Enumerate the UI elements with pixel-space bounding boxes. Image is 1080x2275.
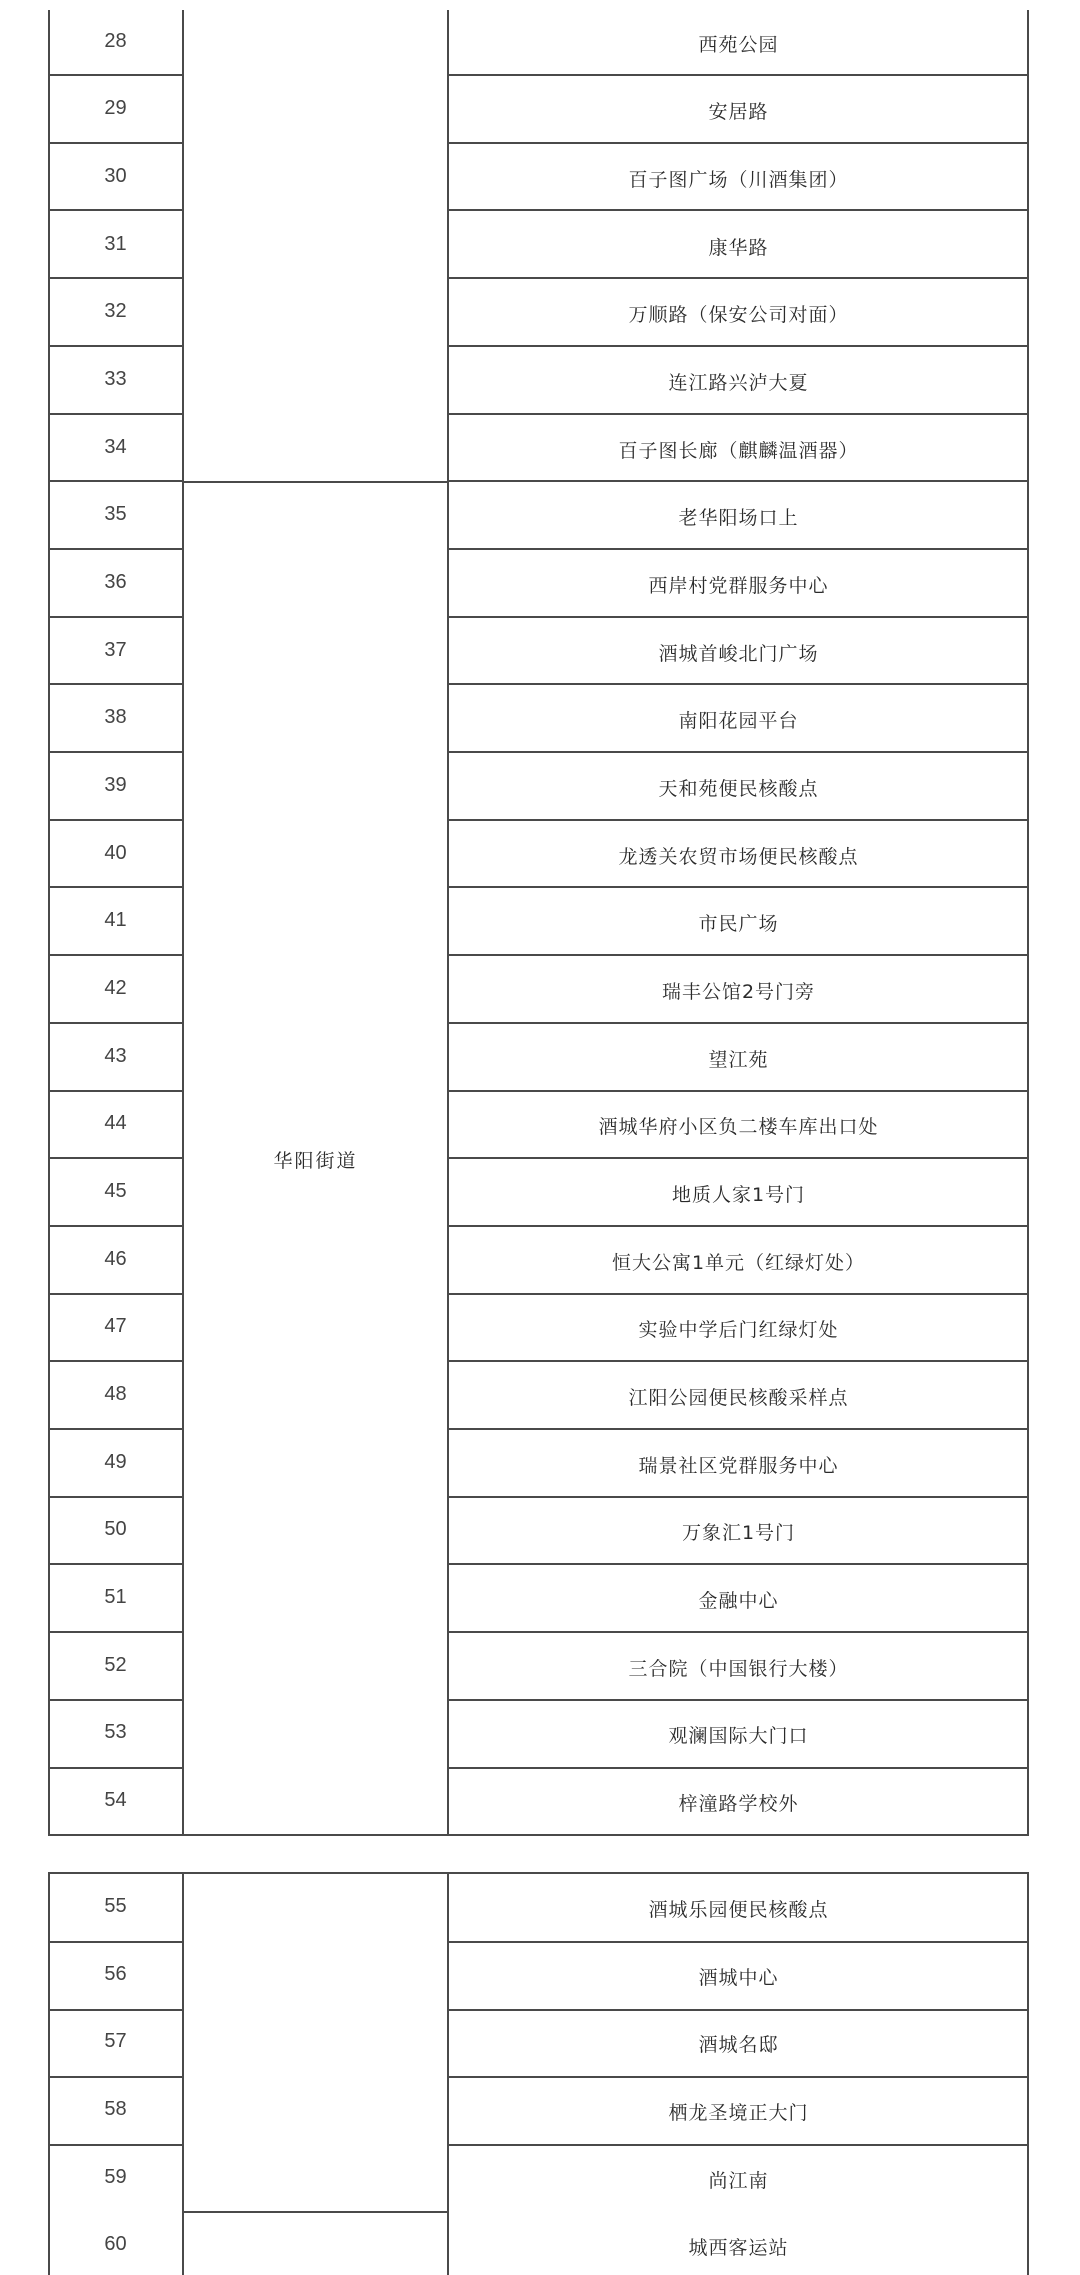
- row-divider: [48, 683, 183, 685]
- row-location: 酒城华府小区负二楼车库出口处: [449, 1112, 1028, 1139]
- row-location: 万顺路（保安公司对面）: [449, 300, 1028, 327]
- row-location: 南阳花园平台: [449, 706, 1028, 733]
- row-number: 54: [48, 1789, 183, 1812]
- row-divider: [48, 1157, 183, 1159]
- row-divider: [48, 1767, 183, 1769]
- column-divider-no: [182, 1872, 184, 2275]
- row-location: 龙透关农贸市场便民核酸点: [449, 842, 1028, 869]
- row-location: 尚江南: [449, 2166, 1028, 2193]
- row-divider: [448, 548, 1029, 550]
- row-divider: [448, 1157, 1029, 1159]
- row-location: 天和苑便民核酸点: [449, 774, 1028, 801]
- row-location: 恒大公寓1单元（红绿灯处）: [449, 1248, 1028, 1275]
- row-location: 连江路兴泸大夏: [449, 368, 1028, 395]
- row-number: 46: [48, 1248, 183, 1271]
- row-location: 梓潼路学校外: [449, 1789, 1028, 1816]
- row-divider: [48, 1563, 183, 1565]
- row-number: 32: [48, 300, 183, 323]
- row-divider: [448, 616, 1029, 618]
- row-location: 观澜国际大门口: [449, 1721, 1028, 1748]
- row-divider: [48, 954, 183, 956]
- district-cell: 华阳街道: [183, 1146, 448, 1173]
- row-location: 栖龙圣境正大门: [449, 2098, 1028, 2125]
- row-number: 53: [48, 1721, 183, 1744]
- row-divider: [448, 683, 1029, 685]
- row-divider: [448, 2009, 1029, 2011]
- row-divider: [48, 74, 183, 76]
- row-number: 37: [48, 639, 183, 662]
- row-number: 34: [48, 436, 183, 459]
- row-divider: [48, 142, 183, 144]
- row-divider: [48, 1496, 183, 1498]
- row-divider: [48, 1225, 183, 1227]
- row-number: 33: [48, 368, 183, 391]
- row-divider: [448, 1090, 1029, 1092]
- row-location: 老华阳场口上: [449, 503, 1028, 530]
- row-number: 38: [48, 706, 183, 729]
- row-divider: [48, 480, 183, 482]
- row-divider: [448, 1496, 1029, 1498]
- row-divider: [48, 345, 183, 347]
- table-border-bottom: [48, 1834, 1029, 1836]
- column-divider-district: [447, 1872, 449, 2275]
- row-location: 瑞丰公馆2号门旁: [449, 977, 1028, 1004]
- row-number: 40: [48, 842, 183, 865]
- row-location: 市民广场: [449, 909, 1028, 936]
- row-number: 30: [48, 165, 183, 188]
- row-number: 49: [48, 1451, 183, 1474]
- row-location: 康华路: [449, 233, 1028, 260]
- row-location: 安居路: [449, 97, 1028, 124]
- row-divider: [48, 886, 183, 888]
- row-number: 41: [48, 909, 183, 932]
- row-divider: [448, 751, 1029, 753]
- row-divider: [48, 1699, 183, 1701]
- row-divider: [48, 1631, 183, 1633]
- row-divider: [448, 2076, 1029, 2078]
- row-number: 52: [48, 1654, 183, 1677]
- row-divider: [48, 2009, 183, 2011]
- row-divider: [448, 277, 1029, 279]
- table-border-right: [1027, 1872, 1029, 2275]
- row-divider: [448, 819, 1029, 821]
- row-number: 60: [48, 2233, 183, 2256]
- row-location: 西苑公园: [449, 30, 1028, 57]
- row-location: 三合院（中国银行大楼）: [449, 1654, 1028, 1681]
- row-divider: [448, 954, 1029, 956]
- row-location: 万象汇1号门: [449, 1518, 1028, 1545]
- row-number: 44: [48, 1112, 183, 1135]
- row-location: 西岸村党群服务中心: [449, 571, 1028, 598]
- row-number: 36: [48, 571, 183, 594]
- row-divider: [448, 74, 1029, 76]
- row-number: 45: [48, 1180, 183, 1203]
- row-number: 29: [48, 97, 183, 120]
- row-divider: [448, 413, 1029, 415]
- row-divider: [48, 751, 183, 753]
- row-divider: [448, 209, 1029, 211]
- row-divider: [48, 819, 183, 821]
- row-number: 56: [48, 1963, 183, 1986]
- row-number: 47: [48, 1315, 183, 1338]
- row-number: 48: [48, 1383, 183, 1406]
- row-divider: [48, 277, 183, 279]
- row-divider: [448, 1293, 1029, 1295]
- row-divider: [448, 1225, 1029, 1227]
- row-number: 28: [48, 30, 183, 53]
- row-divider: [48, 413, 183, 415]
- row-divider: [48, 1022, 183, 1024]
- row-divider: [48, 1428, 183, 1430]
- row-location: 江阳公园便民核酸采样点: [449, 1383, 1028, 1410]
- row-divider: [48, 1941, 183, 1943]
- table-border-left: [48, 1872, 50, 2275]
- row-divider: [448, 142, 1029, 144]
- row-location: 地质人家1号门: [449, 1180, 1028, 1207]
- row-divider: [48, 1360, 183, 1362]
- row-divider: [448, 480, 1029, 482]
- row-divider: [48, 2076, 183, 2078]
- row-divider: [48, 616, 183, 618]
- table-border-top: [48, 1872, 1029, 1874]
- row-location: 城西客运站: [449, 2233, 1028, 2260]
- row-divider: [448, 1428, 1029, 1430]
- row-location: 酒城首峻北门广场: [449, 639, 1028, 666]
- row-number: 58: [48, 2098, 183, 2121]
- row-divider: [48, 1293, 183, 1295]
- row-location: 瑞景社区党群服务中心: [449, 1451, 1028, 1478]
- row-divider: [448, 2144, 1029, 2146]
- row-number: 57: [48, 2030, 183, 2053]
- district-group-divider: [183, 481, 448, 483]
- row-number: 50: [48, 1518, 183, 1541]
- row-location: 金融中心: [449, 1586, 1028, 1613]
- row-number: 35: [48, 503, 183, 526]
- row-divider: [448, 1941, 1029, 1943]
- row-location: 百子图广场（川酒集团）: [449, 165, 1028, 192]
- row-number: 59: [48, 2166, 183, 2189]
- row-number: 51: [48, 1586, 183, 1609]
- row-location: 酒城中心: [449, 1963, 1028, 1990]
- row-divider: [48, 548, 183, 550]
- row-divider: [448, 886, 1029, 888]
- row-divider: [448, 1563, 1029, 1565]
- row-divider: [48, 2144, 183, 2146]
- row-location: 百子图长廊（麒麟温酒器）: [449, 436, 1028, 463]
- row-divider: [448, 1699, 1029, 1701]
- row-divider: [448, 1022, 1029, 1024]
- row-number: 31: [48, 233, 183, 256]
- row-divider: [48, 1090, 183, 1092]
- row-location: 望江苑: [449, 1045, 1028, 1072]
- row-divider: [448, 1767, 1029, 1769]
- row-location: 实验中学后门红绿灯处: [449, 1315, 1028, 1342]
- row-number: 55: [48, 1895, 183, 1918]
- row-divider: [448, 1360, 1029, 1362]
- row-number: 42: [48, 977, 183, 1000]
- row-location: 酒城名邸: [449, 2030, 1028, 2057]
- row-number: 43: [48, 1045, 183, 1068]
- row-location: 酒城乐园便民核酸点: [449, 1895, 1028, 1922]
- row-number: 39: [48, 774, 183, 797]
- row-divider: [48, 209, 183, 211]
- row-divider: [448, 345, 1029, 347]
- district-group-divider: [183, 2211, 448, 2213]
- row-divider: [448, 1631, 1029, 1633]
